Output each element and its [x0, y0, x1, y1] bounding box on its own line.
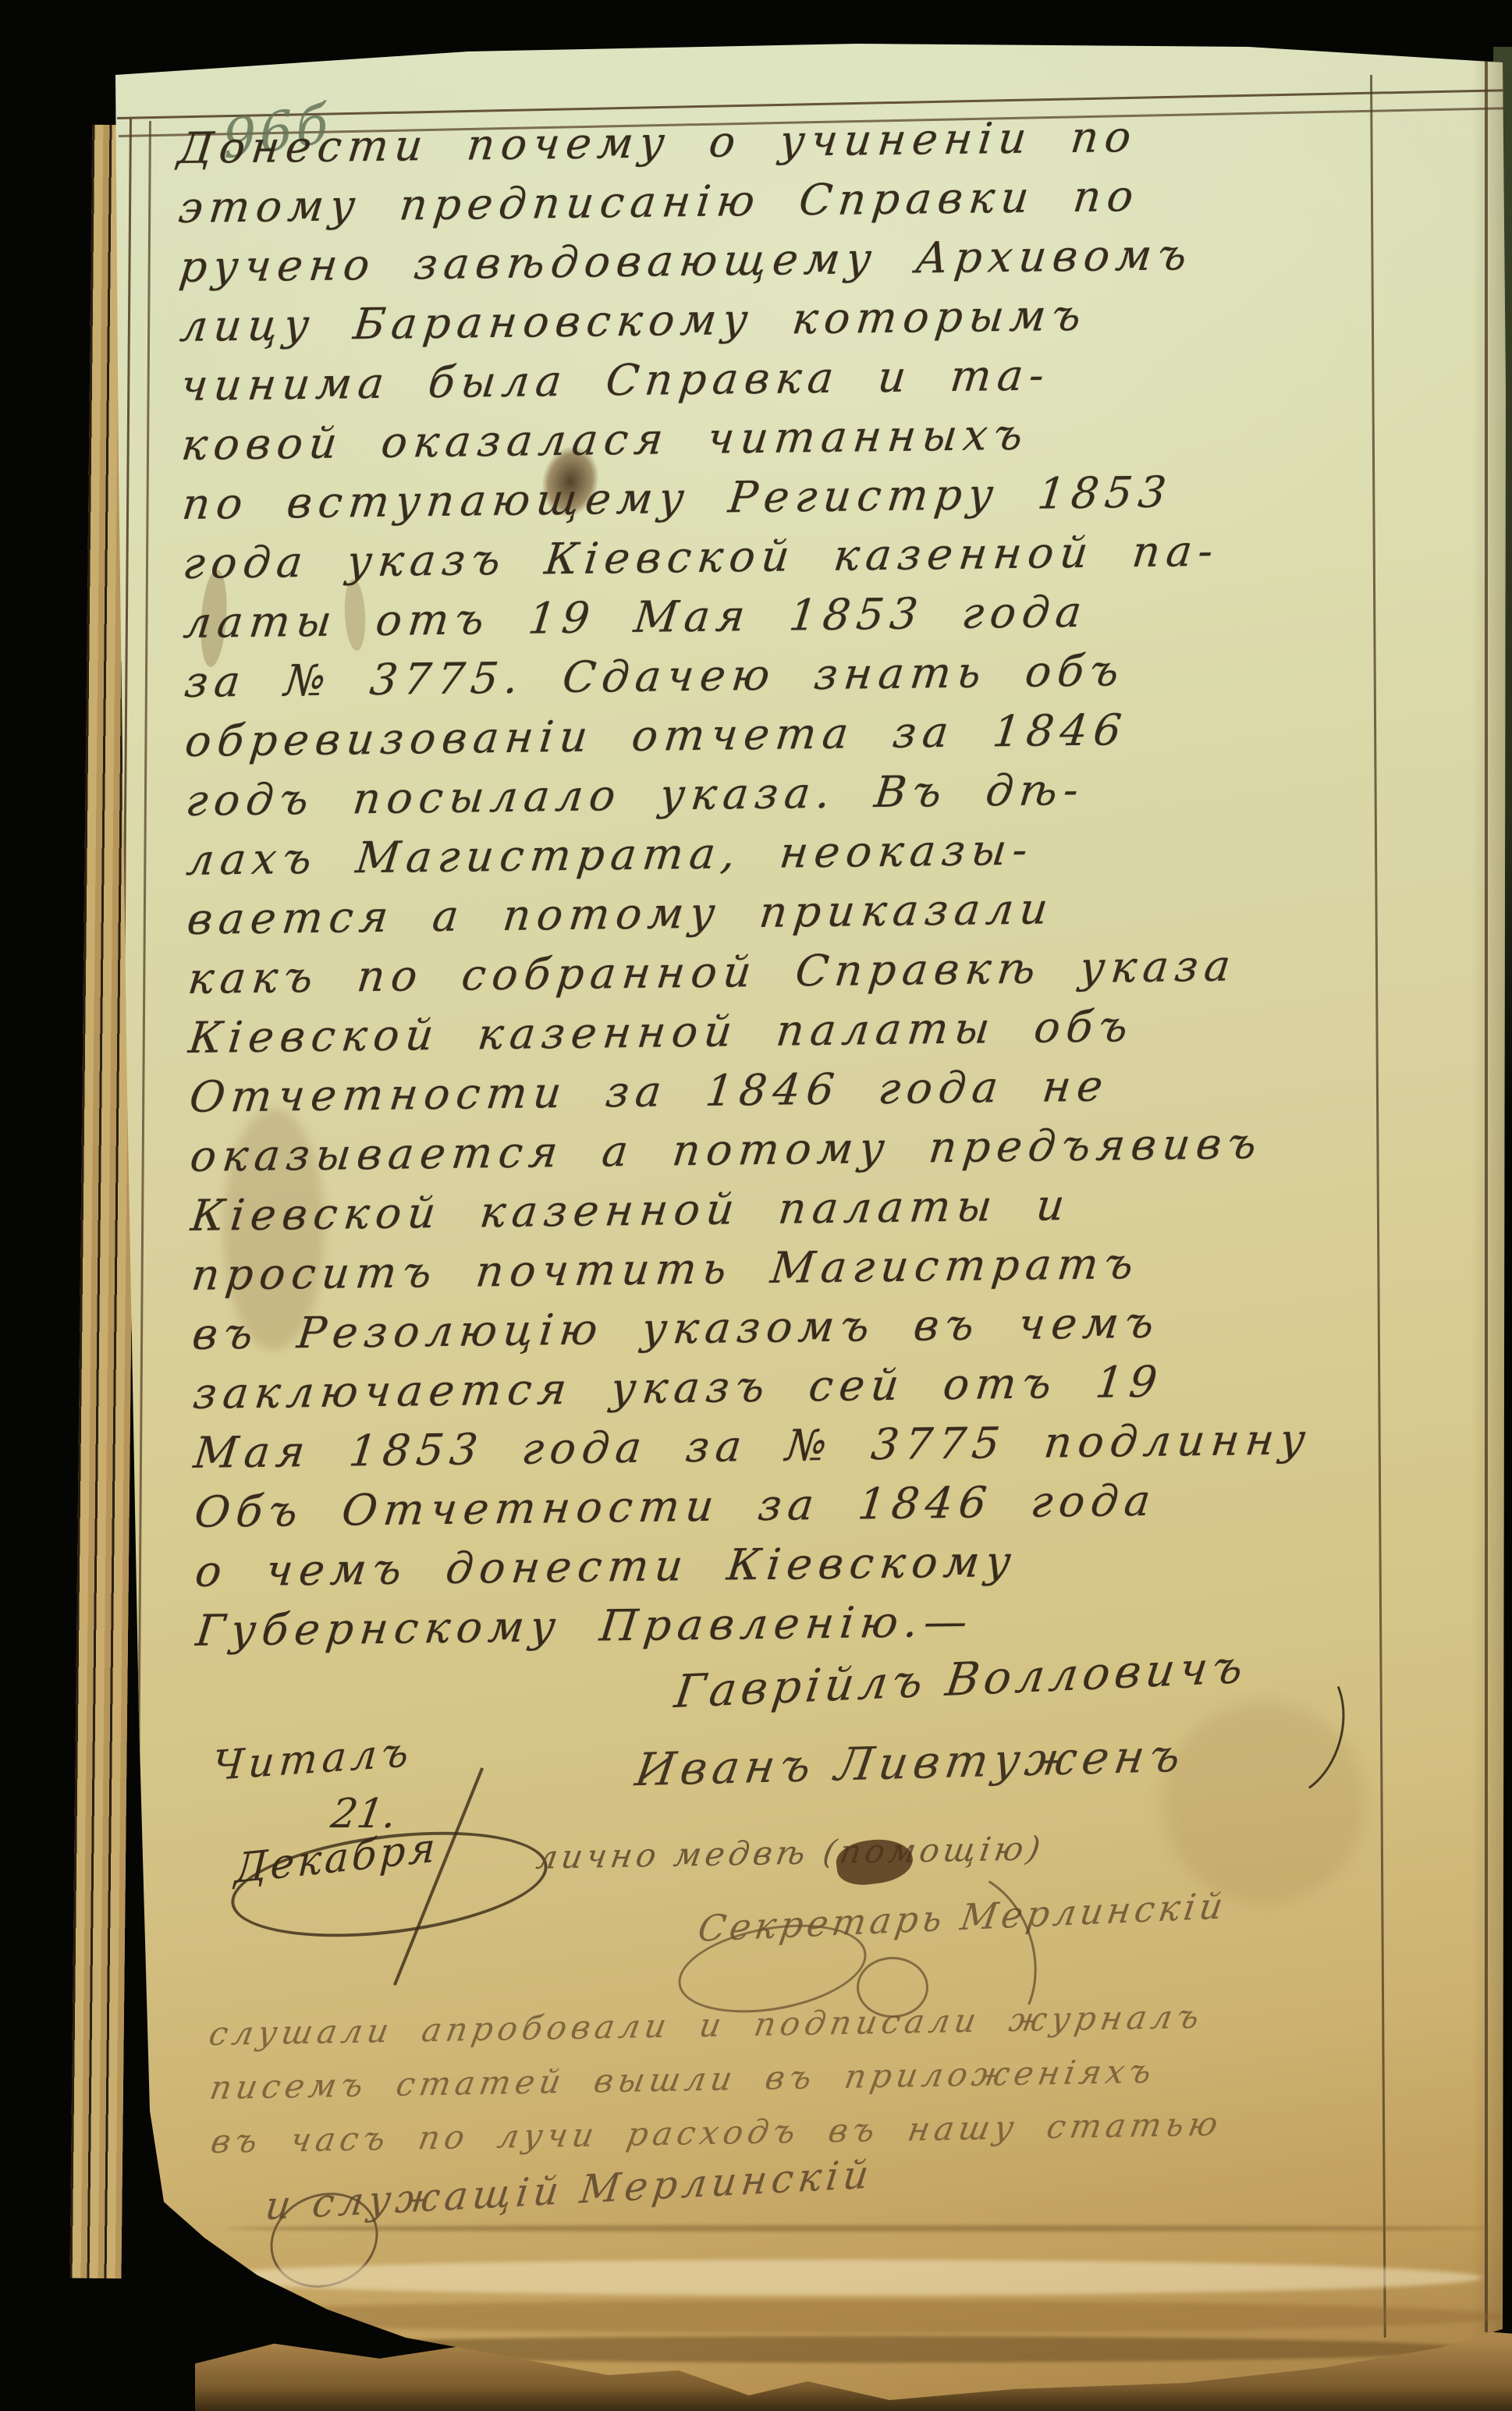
scanned-archive-page: 96б Донести почему о учиненіи по этому п…	[0, 0, 1512, 2411]
margin-note-read: Читалъ	[211, 1729, 415, 1790]
page-right-edge-line	[1485, 58, 1488, 2332]
page-right-shading	[1471, 55, 1506, 2341]
margin-note-flourish	[225, 1816, 553, 1953]
manuscript-body: Донести почему о учиненіи по этому предп…	[178, 104, 1390, 1660]
water-stain-band	[179, 2300, 1506, 2333]
grime-line	[226, 2225, 1490, 2232]
ruled-line-left-inner	[134, 121, 151, 2189]
minutes-block: слушали апробовали и подписали журналъ п…	[209, 1988, 1304, 2168]
signature-official-2: Иванъ Ливтуженъ	[632, 1729, 1189, 1797]
annotation-line: лично медвѣ (помощію)	[534, 1829, 1047, 1876]
manuscript-page: 96б Донести почему о учиненіи по этому п…	[0, 0, 1512, 2411]
signature-flourish	[1226, 1647, 1360, 1810]
water-stain-band	[195, 2260, 1482, 2296]
